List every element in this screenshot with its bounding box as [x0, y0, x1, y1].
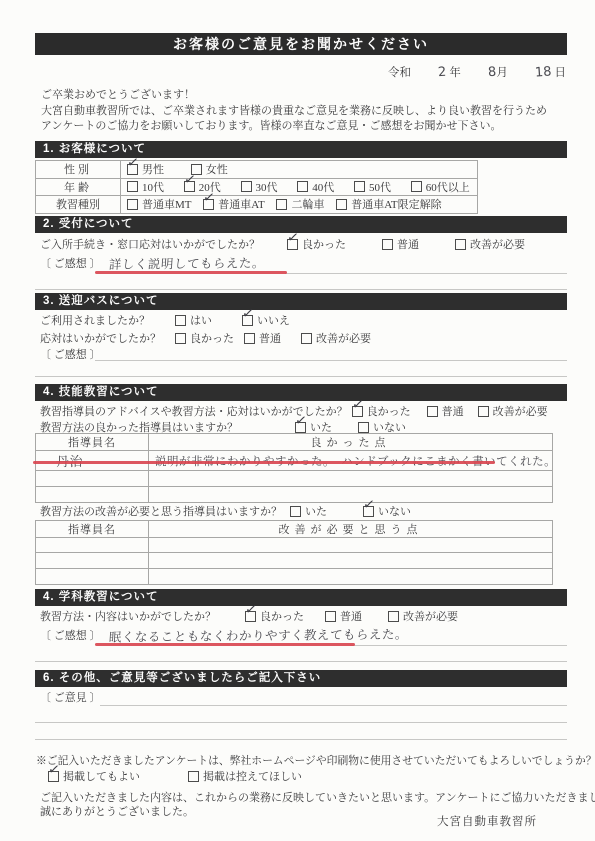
option-label: 普通: [442, 403, 464, 419]
option-label: 普通車AT限定解除: [351, 196, 441, 212]
answer-line: [35, 739, 567, 740]
gender-row-label: 性別: [36, 161, 121, 179]
option-bus-good: ✓ 良かった: [175, 330, 234, 346]
option-label: 掲載は控えてほしい: [203, 768, 302, 784]
column-header-good-points: 良かった点: [149, 434, 553, 451]
checkbox-skill-good[interactable]: ✓: [352, 406, 363, 417]
checkbox-age-50s[interactable]: ✓: [354, 181, 365, 192]
checkbox-improve-instructor-no[interactable]: ✓: [363, 506, 374, 517]
intro-line-3: アンケートのご協力をお願いしております。皆様の率直なご意見・ご感想をお聞かせ下さ…: [41, 119, 566, 135]
date-year-value: 2: [438, 65, 447, 81]
answer-line: [350, 645, 567, 646]
option-label: 普通: [259, 330, 281, 346]
option-lecture-improve: ✓ 改善が必要: [388, 608, 458, 624]
option-label: 掲載してもよい: [63, 768, 140, 784]
option-label: 良かった: [190, 330, 234, 346]
checkbox-bus-no[interactable]: ✓: [242, 315, 253, 326]
checkbox-reception-good[interactable]: ✓: [287, 239, 298, 250]
good-instructor-table: 指導員名 良かった点 丹治 説明が非常にわかりやすかった。 ハンドブックにこまか…: [35, 433, 553, 503]
lecture-comment-line: 〔 ご感想 〕 眠くなることもなくわかりやすく教えてもらえた。: [40, 628, 408, 642]
table-header-row: 指導員名 改善が必要と思う点: [36, 521, 553, 538]
option-skill-improve: ✓ 改善が必要: [478, 403, 548, 419]
comment-label: 〔 ご感想 〕: [40, 627, 101, 643]
other-comment-line: 〔 ご意見 〕: [40, 690, 101, 704]
check-mark-icon: ✓: [286, 230, 300, 245]
table-row: 年齢 ✓ 10代 ✓ 20代 ✓ 30代 ✓ 40代: [36, 178, 478, 196]
comment-label: 〔 ご感想 〕: [40, 255, 101, 271]
check-mark-icon: ✓: [126, 155, 140, 170]
date-day-unit: 日: [554, 67, 566, 79]
column-header-name: 指導員名: [36, 521, 149, 538]
table-row: [36, 553, 553, 569]
closing-line-1: ご記入いただきました内容は、これからの業務に反映していきたいと思います。アンケー…: [40, 790, 595, 804]
table-row: 性別 ✓ 男性 ✓ 女性: [36, 161, 478, 179]
bus-service-question: 応対はいかがでしたか？: [40, 330, 175, 346]
answer-line: [35, 289, 567, 290]
checkbox-bus-good[interactable]: ✓: [175, 333, 186, 344]
customer-info-table: 性別 ✓ 男性 ✓ 女性 年齢 ✓ 10代 ✓: [35, 160, 478, 214]
reception-question: ご入所手続き・窓口応対はいかがでしたか？: [40, 236, 287, 252]
checkbox-lecture-normal[interactable]: ✓: [325, 611, 336, 622]
improve-instructor-question-line: 教習方法の改善が必要と思う指導員はいますか？ ✓ いた ✓ いない: [40, 504, 411, 518]
option-label: 男性: [142, 161, 164, 177]
table-row: [36, 538, 553, 553]
option-reception-improve: ✓ 改善が必要: [455, 236, 525, 252]
answer-line: [35, 376, 567, 377]
section4-header: 4. 技能教習について: [35, 384, 567, 401]
option-publish-ok: ✓ 掲載してもよい: [48, 768, 140, 784]
check-mark-icon: ✓: [244, 602, 258, 617]
intro-line-2: 大宮自動車教習所では、ご卒業されます皆様の貴重なご意見を業務に反映し、より良い教…: [41, 104, 566, 120]
answer-line: [35, 661, 567, 662]
option-age-10s: ✓ 10代: [127, 179, 164, 195]
checkbox-lecture-good[interactable]: ✓: [245, 611, 256, 622]
option-label: 普通車MT: [142, 196, 192, 212]
option-label: はい: [190, 312, 212, 328]
skill-question-line: 教習指導員のアドバイスや教習方法・応対はいかがでしたか？ ✓ 良かった ✓ 普通…: [40, 404, 548, 418]
checkbox-publish-ok[interactable]: ✓: [48, 771, 59, 782]
comment-label: 〔 ご意見 〕: [40, 689, 101, 705]
checkbox-gender-male[interactable]: ✓: [127, 164, 138, 175]
option-label: 改善が必要: [403, 608, 458, 624]
option-label: 良かった: [260, 608, 304, 624]
option-label: 二輪車: [291, 196, 324, 212]
checkbox-skill-improve[interactable]: ✓: [478, 406, 489, 417]
checkbox-course-motorcycle[interactable]: ✓: [276, 199, 287, 210]
option-skill-good: ✓ 良かった: [352, 403, 411, 419]
date-month-value: 8: [488, 65, 497, 81]
bus-used-question: ご利用されましたか？: [40, 312, 175, 328]
option-publish-no: ✓ 掲載は控えてほしい: [188, 768, 302, 784]
checkbox-age-40s[interactable]: ✓: [297, 181, 308, 192]
date-day-value: 18: [535, 64, 553, 80]
table-row: 教習種別 ✓ 普通車MT ✓ 普通車AT ✓ 二輪車 ✓ 普通車AT限定解除: [36, 196, 478, 214]
checkbox-bus-yes[interactable]: ✓: [175, 315, 186, 326]
option-label: 50代: [369, 179, 391, 195]
option-label: いない: [378, 503, 411, 519]
option-label: 普通車AT: [218, 196, 264, 212]
answer-line: [35, 722, 567, 723]
closing-line-2: 誠にありがとうございました。: [40, 804, 194, 818]
table-row: [36, 569, 553, 585]
improve-instructor-table: 指導員名 改善が必要と思う点: [35, 520, 553, 585]
option-bus-improve: ✓ 改善が必要: [301, 330, 371, 346]
option-skill-normal: ✓ 普通: [427, 403, 464, 419]
check-mark-icon: ✓: [351, 397, 365, 412]
comment-label: 〔 ご感想 〕: [40, 346, 101, 362]
option-age-40s: ✓ 40代: [297, 179, 334, 195]
checkbox-publish-no[interactable]: ✓: [188, 771, 199, 782]
lecture-question: 教習方法・内容はいかがでしたか？: [40, 608, 245, 624]
school-signature: 大宮自動車教習所: [437, 813, 537, 829]
intro-line-1: ご卒業おめでとうございます！: [41, 88, 566, 104]
option-label: 60代以上: [426, 179, 470, 195]
checkbox-course-at[interactable]: ✓: [203, 199, 214, 210]
option-age-30s: ✓ 30代: [241, 179, 278, 195]
column-header-name: 指導員名: [36, 434, 149, 451]
survey-form-page: お客様のご意見をお聞かせください 令和 2 年 8月 18 日 ご卒業おめでとう…: [0, 0, 595, 841]
option-label: 良かった: [302, 236, 346, 252]
date-line: 令和 2 年 8月 18 日: [388, 64, 566, 80]
check-mark-icon: ✓: [241, 306, 255, 321]
option-label: 女性: [206, 161, 228, 177]
column-header-improve-points: 改善が必要と思う点: [149, 521, 553, 538]
section3-header: 3. 送迎バスについて: [35, 293, 567, 310]
table-row: [36, 487, 553, 503]
red-underline: [95, 643, 355, 646]
option-bus-yes: ✓ はい: [175, 312, 212, 328]
check-mark-icon: ✓: [202, 190, 216, 205]
check-mark-icon: ✓: [183, 172, 197, 187]
reception-question-line: ご入所手続き・窓口応対はいかがでしたか？ ✓ 良かった ✓ 普通 ✓ 改善が必要: [40, 237, 525, 251]
checkbox-lecture-improve[interactable]: ✓: [388, 611, 399, 622]
option-improve-instructor-no: ✓ いない: [363, 503, 411, 519]
bus-service-question-line: 応対はいかがでしたか？ ✓ 良かった ✓ 普通 ✓ 改善が必要: [40, 331, 371, 345]
option-label: 改善が必要: [470, 236, 525, 252]
answer-line: [100, 705, 567, 706]
reception-comment-handwriting: 詳しく説明してもらえた。: [108, 253, 265, 273]
page-title: お客様のご意見をお聞かせください: [35, 33, 567, 55]
date-month-unit: 月: [496, 67, 508, 79]
checkbox-skill-normal[interactable]: ✓: [427, 406, 438, 417]
option-bus-no: ✓ いいえ: [242, 312, 290, 328]
red-underline: [33, 461, 495, 464]
bus-comment-line: 〔 ご感想 〕: [40, 347, 101, 361]
section6-header: 6. その他、ご意見等ございましたらご記入下さい: [35, 670, 567, 687]
publish-options-line: ✓ 掲載してもよい ✓ 掲載は控えてほしい: [48, 769, 302, 783]
section1-header: 1. お客様について: [35, 141, 567, 158]
date-month: 8月: [488, 64, 508, 80]
checkbox-age-60plus[interactable]: ✓: [411, 181, 422, 192]
table-row: [36, 471, 553, 487]
checkbox-age-30s[interactable]: ✓: [241, 181, 252, 192]
table-header-row: 指導員名 良かった点: [36, 434, 553, 451]
date-era: 令和: [388, 64, 411, 80]
check-mark-icon: ✓: [47, 762, 61, 777]
option-lecture-normal: ✓ 普通: [325, 608, 362, 624]
option-lecture-good: ✓ 良かった: [245, 608, 304, 624]
option-label: 10代: [142, 179, 164, 195]
section2-header: 2. 受付について: [35, 216, 567, 233]
answer-line: [95, 360, 567, 361]
course-row-label: 教習種別: [36, 196, 121, 214]
age-row-label: 年齢: [36, 178, 121, 196]
improve-instructor-question: 教習方法の改善が必要と思う指導員はいますか？: [40, 503, 290, 519]
reception-comment-line: 〔 ご感想 〕 詳しく説明してもらえた。: [40, 256, 265, 270]
option-label: 普通: [340, 608, 362, 624]
date-year: 2 年: [438, 64, 461, 80]
option-reception-good: ✓ 良かった: [287, 236, 346, 252]
answer-line: [285, 273, 567, 274]
check-mark-icon: ✓: [362, 497, 376, 512]
option-label: 30代: [256, 179, 278, 195]
option-label: 良かった: [367, 403, 411, 419]
option-label: 40代: [312, 179, 334, 195]
checkbox-improve-instructor-yes[interactable]: ✓: [290, 506, 301, 517]
option-label: 改善が必要: [316, 330, 371, 346]
option-course-motorcycle: ✓ 二輪車: [276, 196, 324, 212]
checkbox-good-instructor-no[interactable]: ✓: [358, 422, 369, 433]
checkbox-reception-normal[interactable]: ✓: [382, 239, 393, 250]
section5-header: 4. 学科教習について: [35, 589, 567, 606]
red-underline: [95, 271, 287, 274]
publish-permission-question: ※ご記入いただきましたアンケートは、弊社ホームページや印刷物に使用させていただい…: [36, 753, 595, 767]
check-mark-icon: ✓: [294, 413, 308, 428]
option-course-at: ✓ 普通車AT: [203, 196, 264, 212]
option-age-60plus: ✓ 60代以上: [411, 179, 470, 195]
option-course-at-limited: ✓ 普通車AT限定解除: [336, 196, 441, 212]
checkbox-course-mt[interactable]: ✓: [127, 199, 138, 210]
checkbox-course-at-limited[interactable]: ✓: [336, 199, 347, 210]
option-label: いた: [305, 503, 327, 519]
lecture-question-line: 教習方法・内容はいかがでしたか？ ✓ 良かった ✓ 普通 ✓ 改善が必要: [40, 609, 458, 623]
option-course-mt: ✓ 普通車MT: [127, 196, 192, 212]
checkbox-bus-improve[interactable]: ✓: [301, 333, 312, 344]
option-age-50s: ✓ 50代: [354, 179, 391, 195]
date-year-unit: 年: [449, 67, 461, 79]
option-label: 改善が必要: [493, 403, 548, 419]
checkbox-reception-improve[interactable]: ✓: [455, 239, 466, 250]
option-label: いいえ: [257, 312, 290, 328]
option-reception-normal: ✓ 普通: [382, 236, 419, 252]
intro-paragraph: ご卒業おめでとうございます！ 大宮自動車教習所では、ご卒業されます皆様の貴重なご…: [41, 88, 566, 135]
option-label: 普通: [397, 236, 419, 252]
good-instructor-question-line: 教習方法の良かった指導員はいますか？ ✓ いた ✓ いない: [40, 420, 406, 434]
checkbox-age-20s[interactable]: ✓: [184, 181, 195, 192]
bus-used-question-line: ご利用されましたか？ ✓ はい ✓ いいえ: [40, 313, 290, 327]
option-bus-normal: ✓ 普通: [244, 330, 281, 346]
checkbox-age-10s[interactable]: ✓: [127, 181, 138, 192]
checkbox-good-instructor-yes[interactable]: ✓: [295, 422, 306, 433]
checkbox-bus-normal[interactable]: ✓: [244, 333, 255, 344]
date-day: 18 日: [535, 64, 566, 80]
option-improve-instructor-yes: ✓ いた: [290, 503, 327, 519]
option-gender-male: ✓ 男性: [127, 161, 164, 177]
